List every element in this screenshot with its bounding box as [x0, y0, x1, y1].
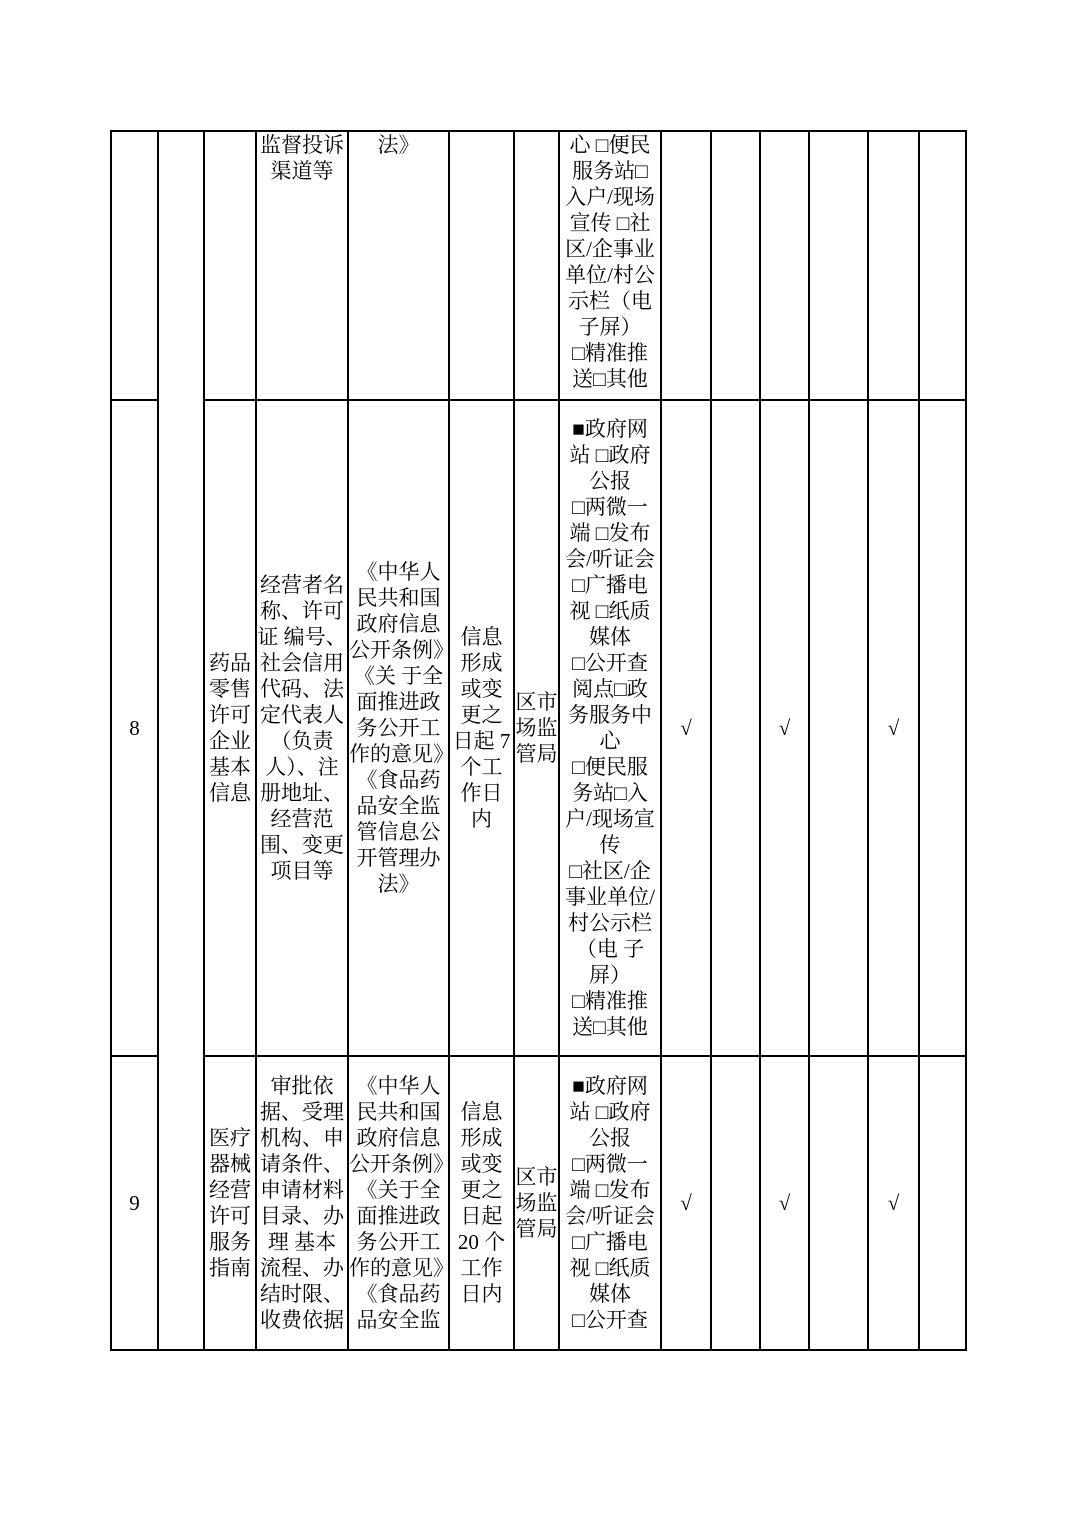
- cell-seq: 8: [111, 400, 158, 1056]
- table-row-9: 9 医疗 器械 经营 许可 服务 指南 审批依 据、受理 机构、申 请条件、 申…: [111, 1056, 966, 1350]
- cell-category-merged: [158, 131, 204, 1350]
- cell-mark-5: [868, 131, 919, 400]
- cell-mark-4: [809, 400, 868, 1056]
- cell-seq: [111, 131, 158, 400]
- cell-legal-basis: 《中华人 民共和国 政府信息 公开条例》 《关于全 面推进政 务公开工 作的意见…: [348, 1056, 449, 1350]
- cell-mark-4: [809, 1056, 868, 1350]
- cell-item-name: 医疗 器械 经营 许可 服务 指南: [204, 1056, 256, 1350]
- cell-time-limit: 信息 形成 或变 更之 日起 20 个 工作 日内: [449, 1056, 514, 1350]
- document-page: 监督投诉 渠道等 法》 心 □便民 服务站□ 入户/现场 宣传 □社 区/企事业…: [0, 0, 1074, 1520]
- cell-responsible-unit: 区市 场监 管局: [514, 1056, 559, 1350]
- cell-mark-3: [760, 131, 809, 400]
- cell-mark-1: √: [661, 400, 711, 1056]
- cell-mark-2: [711, 400, 760, 1056]
- cell-mark-3: √: [760, 1056, 809, 1350]
- disclosure-table: 监督投诉 渠道等 法》 心 □便民 服务站□ 入户/现场 宣传 □社 区/企事业…: [110, 130, 967, 1351]
- cell-legal-basis: 法》: [348, 131, 449, 400]
- cell-item-name: 药品 零售 许可 企业 基本 信息: [204, 400, 256, 1056]
- cell-channels: ■政府网 站 □政府 公报 □两微一 端 □发布 会/听证会 □广播电 视 □纸…: [559, 1056, 661, 1350]
- cell-responsible-unit: [514, 131, 559, 400]
- cell-mark-4: [809, 131, 868, 400]
- table-row-partial: 监督投诉 渠道等 法》 心 □便民 服务站□ 入户/现场 宣传 □社 区/企事业…: [111, 131, 966, 400]
- cell-content: 经营者名 称、许可 证 编号、 社会信用 代码、法 定代表人 （负责 人）、注 …: [256, 400, 348, 1056]
- cell-legal-basis: 《中华人 民共和国 政府信息 公开条例》 《关 于全 面推进政 务公开工 作的意…: [348, 400, 449, 1056]
- cell-content: 监督投诉 渠道等: [256, 131, 348, 400]
- cell-channels: 心 □便民 服务站□ 入户/现场 宣传 □社 区/企事业 单位/村公 示栏（电 …: [559, 131, 661, 400]
- cell-mark-5: √: [868, 400, 919, 1056]
- cell-mark-1: √: [661, 1056, 711, 1350]
- cell-mark-6: [919, 1056, 966, 1350]
- cell-seq: 9: [111, 1056, 158, 1350]
- cell-responsible-unit: 区市 场监 管局: [514, 400, 559, 1056]
- cell-item-name: [204, 131, 256, 400]
- table-row-8: 8 药品 零售 许可 企业 基本 信息 经营者名 称、许可 证 编号、 社会信用…: [111, 400, 966, 1056]
- cell-time-limit: [449, 131, 514, 400]
- cell-mark-2: [711, 131, 760, 400]
- cell-time-limit: 信息 形成 或变 更之 日起 7 个工 作日 内: [449, 400, 514, 1056]
- cell-mark-6: [919, 400, 966, 1056]
- cell-mark-3: √: [760, 400, 809, 1056]
- cell-mark-2: [711, 1056, 760, 1350]
- cell-content: 审批依 据、受理 机构、申 请条件、 申请材料 目录、办 理 基本 流程、办 结…: [256, 1056, 348, 1350]
- cell-mark-1: [661, 131, 711, 400]
- cell-mark-5: √: [868, 1056, 919, 1350]
- cell-channels: ■政府网 站 □政府 公报 □两微一 端 □发布 会/听证会 □广播电 视 □纸…: [559, 400, 661, 1056]
- cell-mark-6: [919, 131, 966, 400]
